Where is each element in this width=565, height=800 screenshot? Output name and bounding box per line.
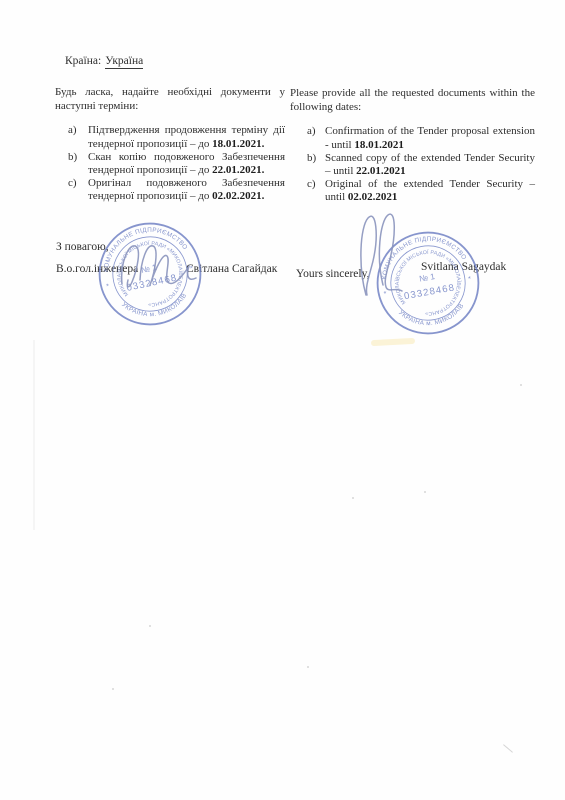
handwritten-signature-right (352, 209, 414, 301)
ukrainian-column: Будь ласка, надайте необхідні документи … (55, 85, 285, 204)
english-column: Please provide all the requested documen… (290, 86, 535, 205)
due-date: 18.01.2021 (354, 139, 404, 151)
list-marker: c) (307, 178, 316, 191)
scan-speck (424, 491, 426, 493)
scan-speck (520, 384, 522, 386)
country-value: Україна (105, 55, 143, 69)
list-marker: c) (68, 177, 77, 190)
due-date: 22.01.2021 (356, 165, 406, 177)
scan-speck (307, 666, 309, 668)
list-marker: a) (307, 125, 316, 138)
scan-scratch-artifact (503, 744, 513, 752)
list-marker: b) (68, 151, 77, 164)
handwritten-signature-left (116, 236, 211, 298)
stamp-star-separator: * (105, 281, 110, 290)
list-item: b)Скан копію подовженого Забезпечення те… (55, 151, 285, 177)
list-marker: a) (68, 124, 77, 137)
country-line: Країна:Україна (65, 55, 143, 67)
list-item: b)Scanned copy of the extended Tender Se… (290, 152, 535, 178)
list-item: a)Confirmation of the Tender proposal ex… (290, 125, 535, 151)
english-doc-list: a)Confirmation of the Tender proposal ex… (290, 125, 535, 204)
scan-speck (149, 625, 151, 627)
scan-speck (112, 688, 114, 690)
list-item: c)Оригінал подовженого Забезпечення тенд… (55, 177, 285, 203)
list-item: c)Original of the extended Tender Securi… (290, 178, 535, 204)
ukrainian-doc-list: a)Підтвердження продовження терміну дії … (55, 124, 285, 203)
stamp-number: № 1 (419, 272, 436, 284)
scan-speck (352, 497, 354, 499)
due-date: 22.01.2021. (212, 164, 264, 176)
due-date: 02.02.2021. (212, 190, 264, 202)
list-marker: b) (307, 152, 316, 165)
due-date: 02.02.2021 (348, 191, 398, 203)
ukrainian-intro: Будь ласка, надайте необхідні документи … (55, 85, 285, 113)
list-item: a)Підтвердження продовження терміну дії … (55, 124, 285, 150)
stamp-star-separator: * (467, 274, 472, 283)
scan-edge-artifact (33, 340, 35, 530)
country-label: Країна: (65, 55, 101, 67)
english-intro: Please provide all the requested documen… (290, 86, 535, 114)
letter-page: Країна:Україна Будь ласка, надайте необх… (0, 0, 565, 800)
due-date: 18.01.2021. (212, 138, 264, 150)
scan-smudge-artifact (371, 338, 415, 346)
